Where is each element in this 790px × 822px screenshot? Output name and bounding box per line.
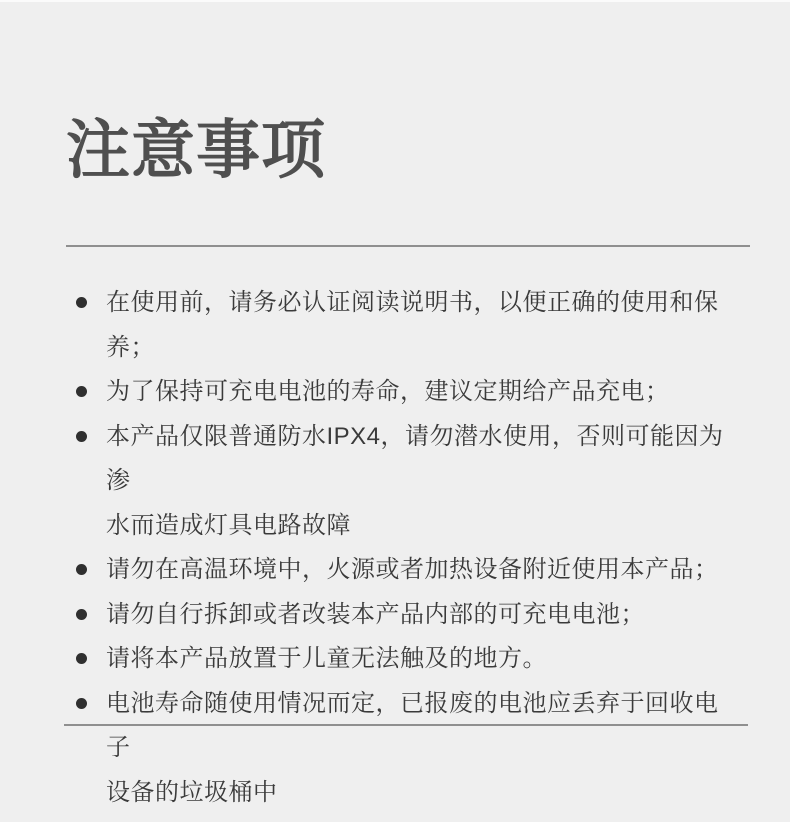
precautions-page: 注意事项 在使用前，请务必认证阅读说明书，以便正确的使用和保养； 为了保持可充电… bbox=[0, 0, 790, 822]
bullet-icon bbox=[76, 564, 87, 575]
notice-text: 本产品仅限普通防水IPX4，请勿潜水使用，否则可能因为渗 水而造成灯具电路故障 bbox=[106, 423, 724, 539]
notice-item-5: 请勿自行拆卸或者改装本产品内部的可充电电池； bbox=[66, 593, 734, 638]
notice-item-3: 本产品仅限普通防水IPX4，请勿潜水使用，否则可能因为渗 水而造成灯具电路故障 bbox=[66, 415, 734, 549]
notice-text: 电池寿命随使用情况而定，已报废的电池应丢弃于回收电子 设备的垃圾桶中 bbox=[106, 690, 719, 806]
notice-item-6: 请将本产品放置于儿童无法触及的地方。 bbox=[66, 637, 734, 682]
notice-item-7: 电池寿命随使用情况而定，已报废的电池应丢弃于回收电子 设备的垃圾桶中 bbox=[66, 682, 734, 816]
notice-item-2: 为了保持可充电电池的寿命，建议定期给产品充电； bbox=[66, 370, 734, 415]
notice-text: 请将本产品放置于儿童无法触及的地方。 bbox=[106, 645, 547, 672]
notice-item-4: 请勿在高温环境中，火源或者加热设备附近使用本产品； bbox=[66, 548, 734, 593]
notice-text: 为了保持可充电电池的寿命，建议定期给产品充电； bbox=[106, 378, 670, 405]
bullet-icon bbox=[76, 431, 87, 442]
bullet-icon bbox=[76, 653, 87, 664]
notice-text: 在使用前，请务必认证阅读说明书，以便正确的使用和保养； bbox=[106, 289, 719, 361]
bullet-icon bbox=[76, 386, 87, 397]
notice-item-1: 在使用前，请务必认证阅读说明书，以便正确的使用和保养； bbox=[66, 281, 734, 370]
notice-text: 请勿在高温环境中，火源或者加热设备附近使用本产品； bbox=[106, 556, 719, 583]
bullet-icon bbox=[76, 297, 87, 308]
bullet-icon bbox=[76, 609, 87, 620]
bullet-icon bbox=[76, 698, 87, 709]
page-top-edge-highlight bbox=[0, 0, 790, 2]
page-title: 注意事项 bbox=[66, 117, 326, 184]
bottom-divider bbox=[64, 724, 748, 726]
notice-text: 请勿自行拆卸或者改装本产品内部的可充电电池； bbox=[106, 601, 645, 628]
notice-list: 在使用前，请务必认证阅读说明书，以便正确的使用和保养； 为了保持可充电电池的寿命… bbox=[66, 281, 734, 815]
title-divider bbox=[66, 245, 750, 247]
